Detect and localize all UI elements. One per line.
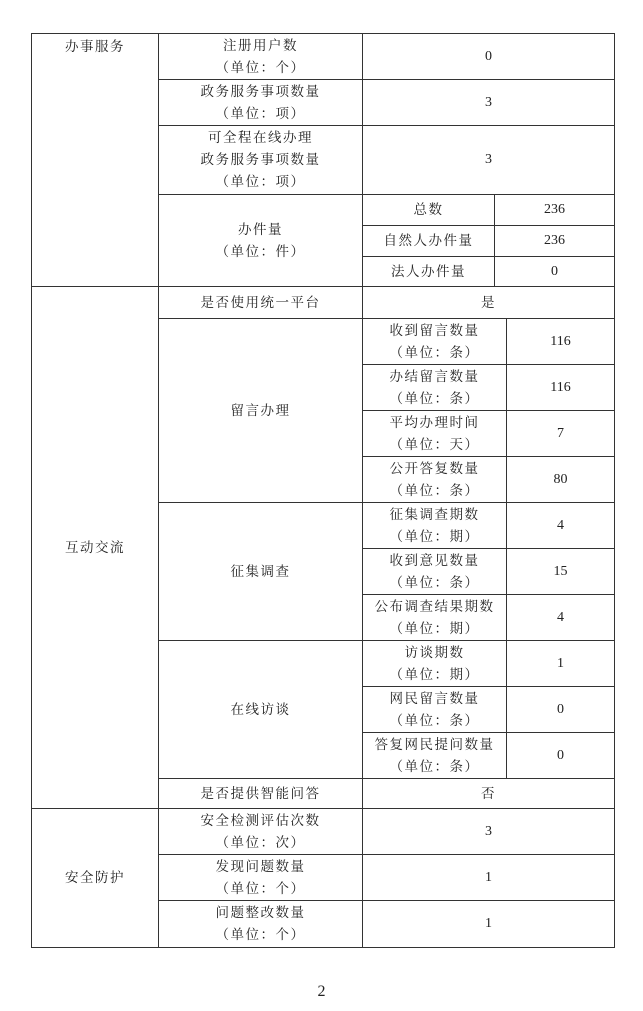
messages-public-reply-label: 公开答复数量 （单位：条） [362, 456, 507, 503]
survey-opinions-label: 收到意见数量 （单位：条） [362, 548, 507, 595]
security-issues-fixed-value: 1 [362, 900, 615, 948]
label-text: 是否提供智能问答 [201, 783, 321, 805]
security-checks-label: 安全检测评估次数 （单位：次） [158, 808, 363, 855]
label-text: 答复网民提问数量 [375, 734, 495, 756]
unit-text: （单位：条） [390, 572, 480, 594]
unified-platform-label: 是否使用统一平台 [158, 286, 363, 319]
messages-resolved-value: 116 [506, 364, 615, 411]
value-text: 3 [485, 821, 492, 843]
unit-text: （单位：个） [216, 878, 306, 900]
label-text: 收到意见数量 [390, 550, 480, 572]
interview-periods-value: 1 [506, 640, 615, 687]
survey-periods-label: 征集调查期数 （单位：期） [362, 502, 507, 549]
messages-public-reply-value: 80 [506, 456, 615, 503]
messages-group-label: 留言办理 [158, 318, 363, 503]
value-text: 116 [550, 377, 570, 399]
unit-text: （单位：次） [216, 832, 306, 854]
label-text: 网民留言数量 [390, 688, 480, 710]
interview-netizen-messages-label: 网民留言数量 （单位：条） [362, 686, 507, 733]
unit-text: （单位：件） [216, 241, 306, 263]
label-text: 政务服务事项数量 [201, 149, 321, 171]
value-text: 116 [550, 331, 570, 353]
value-text: 4 [557, 607, 564, 629]
survey-opinions-value: 15 [506, 548, 615, 595]
value-text: 3 [485, 149, 492, 171]
unit-text: （单位：条） [390, 388, 480, 410]
case-total-label: 总数 [362, 194, 495, 226]
survey-group-label: 征集调查 [158, 502, 363, 641]
label-text: 政务服务事项数量 [201, 81, 321, 103]
value-text: 4 [557, 515, 564, 537]
interview-replies-label: 答复网民提问数量 （单位：条） [362, 732, 507, 779]
unit-text: （单位：个） [216, 57, 306, 79]
label-text: 安全检测评估次数 [201, 810, 321, 832]
unit-text: （单位：条） [390, 480, 480, 502]
section-title: 办事服务 [65, 36, 125, 58]
security-issues-found-label: 发现问题数量 （单位：个） [158, 854, 363, 901]
smart-qa-value: 否 [362, 778, 615, 809]
label-text: 办件量 [238, 219, 283, 241]
label-text: 问题整改数量 [216, 902, 306, 924]
security-issues-fixed-label: 问题整改数量 （单位：个） [158, 900, 363, 948]
document-page: 办事服务 注册用户数 （单位：个） 0 政务服务事项数量 （单位：项） 3 可全… [0, 0, 643, 1011]
unit-text: （单位：期） [390, 664, 480, 686]
messages-resolved-label: 办结留言数量 （单位：条） [362, 364, 507, 411]
unit-text: （单位：期） [390, 526, 480, 548]
value-text: 80 [554, 469, 568, 491]
survey-periods-value: 4 [506, 502, 615, 549]
smart-qa-label: 是否提供智能问答 [158, 778, 363, 809]
label-text: 征集调查期数 [390, 504, 480, 526]
value-text: 236 [544, 230, 565, 252]
value-text: 1 [557, 653, 564, 675]
value-text: 是 [481, 292, 496, 314]
label-text: 可全程在线办理 [208, 127, 313, 149]
online-items-value: 3 [362, 125, 615, 195]
section-title: 安全防护 [65, 867, 125, 889]
value-text: 1 [485, 867, 492, 889]
value-text: 1 [485, 913, 492, 935]
section-service-label: 办事服务 [31, 33, 159, 287]
unit-text: （单位：个） [216, 924, 306, 946]
survey-results-label: 公布调查结果期数 （单位：期） [362, 594, 507, 641]
value-text: 3 [485, 92, 492, 114]
label-text: 注册用户数 [223, 35, 298, 57]
label-text: 法人办件量 [391, 261, 466, 283]
label-text: 自然人办件量 [384, 230, 474, 252]
label-text: 征集调查 [231, 561, 291, 583]
messages-avg-time-value: 7 [506, 410, 615, 457]
messages-received-value: 116 [506, 318, 615, 365]
value-text: 7 [557, 423, 564, 445]
label-text: 收到留言数量 [390, 320, 480, 342]
section-title: 互动交流 [65, 537, 125, 559]
label-text: 留言办理 [231, 400, 291, 422]
label-text: 在线访谈 [231, 699, 291, 721]
case-natural-person-label: 自然人办件量 [362, 225, 495, 257]
label-text: 是否使用统一平台 [201, 292, 321, 314]
service-items-value: 3 [362, 79, 615, 126]
security-checks-value: 3 [362, 808, 615, 855]
registered-users-label: 注册用户数 （单位：个） [158, 33, 363, 80]
unit-text: （单位：天） [390, 434, 480, 456]
interview-group-label: 在线访谈 [158, 640, 363, 779]
interview-netizen-messages-value: 0 [506, 686, 615, 733]
value-text: 0 [551, 261, 558, 283]
label-text: 办结留言数量 [390, 366, 480, 388]
page-number: 2 [0, 983, 643, 1001]
unit-text: （单位：条） [390, 710, 480, 732]
unit-text: （单位：项） [216, 103, 306, 125]
unit-text: （单位：条） [390, 756, 480, 778]
case-natural-person-value: 236 [494, 225, 615, 257]
messages-avg-time-label: 平均办理时间 （单位：天） [362, 410, 507, 457]
messages-received-label: 收到留言数量 （单位：条） [362, 318, 507, 365]
label-text: 公开答复数量 [390, 458, 480, 480]
value-text: 236 [544, 199, 565, 221]
value-text: 0 [485, 46, 492, 68]
label-text: 总数 [414, 199, 444, 221]
security-issues-found-value: 1 [362, 854, 615, 901]
service-items-label: 政务服务事项数量 （单位：项） [158, 79, 363, 126]
interview-replies-value: 0 [506, 732, 615, 779]
label-text: 发现问题数量 [216, 856, 306, 878]
value-text: 否 [481, 783, 496, 805]
case-legal-person-label: 法人办件量 [362, 256, 495, 287]
value-text: 15 [554, 561, 568, 583]
value-text: 0 [557, 699, 564, 721]
label-text: 公布调查结果期数 [375, 596, 495, 618]
case-volume-label: 办件量 （单位：件） [158, 194, 363, 287]
unit-text: （单位：条） [390, 342, 480, 364]
label-text: 平均办理时间 [390, 412, 480, 434]
unified-platform-value: 是 [362, 286, 615, 319]
survey-results-value: 4 [506, 594, 615, 641]
case-total-value: 236 [494, 194, 615, 226]
case-legal-person-value: 0 [494, 256, 615, 287]
section-security-label: 安全防护 [31, 808, 159, 948]
unit-text: （单位：期） [390, 618, 480, 640]
interview-periods-label: 访谈期数 （单位：期） [362, 640, 507, 687]
registered-users-value: 0 [362, 33, 615, 80]
online-items-label: 可全程在线办理 政务服务事项数量 （单位：项） [158, 125, 363, 195]
unit-text: （单位：项） [216, 171, 306, 193]
label-text: 访谈期数 [405, 642, 465, 664]
value-text: 0 [557, 745, 564, 767]
section-interaction-label: 互动交流 [31, 286, 159, 809]
